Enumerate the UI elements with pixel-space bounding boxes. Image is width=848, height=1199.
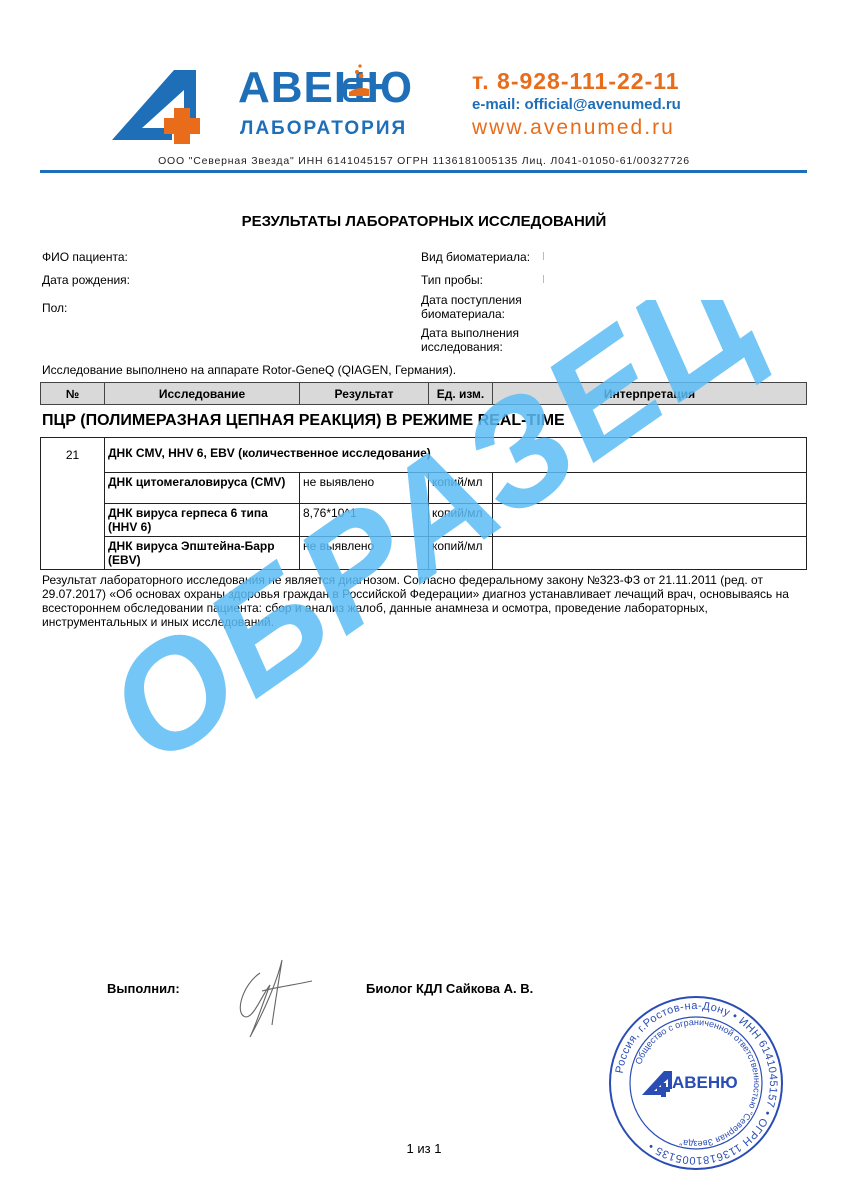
results-table-header: № Исследование Результат Ед. изм. Интерп… [40, 382, 807, 405]
section-title: ПЦР (ПОЛИМЕРАЗНАЯ ЦЕПНАЯ РЕАКЦИЯ) В РЕЖИ… [42, 412, 565, 430]
test-result: не выявлено [300, 537, 429, 570]
signature-icon [232, 955, 322, 1040]
test-interpretation [493, 504, 807, 537]
header-result: Результат [300, 383, 429, 405]
header-number: № [41, 383, 105, 405]
document-title: РЕЗУЛЬТАТЫ ЛАБОРАТОРНЫХ ИССЛЕДОВАНИЙ [0, 213, 848, 230]
test-result: 8,76*10^1 [300, 504, 429, 537]
lab-logo: АВЕНЮ ЛАБОРАТОРИЯ [112, 62, 452, 148]
test-interpretation [493, 473, 807, 504]
field-marker [543, 275, 544, 283]
test-unit: копий/мл [429, 504, 493, 537]
header-test: Исследование [105, 383, 300, 405]
stamp-center-text: АВЕНЮ [672, 1073, 738, 1092]
table-row: ДНК вируса Эпштейна-Барр (EBV) не выявле… [41, 537, 807, 570]
execution-date-label: Дата выполнения исследования: [421, 326, 536, 354]
test-name: ДНК вируса герпеса 6 типа (HHV 6) [105, 504, 300, 537]
contacts-block: т. 8-928-111-22-11 e-mail: official@aven… [472, 68, 752, 141]
test-name: ДНК вируса Эпштейна-Барр (EBV) [105, 537, 300, 570]
page-number: 1 из 1 [0, 1141, 848, 1156]
test-name: ДНК цитомегаловируса (CMV) [105, 473, 300, 504]
patient-name-label: ФИО пациента: [42, 250, 128, 264]
logo-wordmark: АВЕНЮ [238, 66, 413, 110]
company-requisites: ООО "Северная Звезда" ИНН 6141045157 ОГР… [0, 155, 848, 167]
test-result: не выявлено [300, 473, 429, 504]
receipt-date-label: Дата поступления биоматериала: [421, 293, 536, 321]
sex-label: Пол: [42, 301, 67, 315]
email-address: e-mail: official@avenumed.ru [472, 95, 752, 115]
table-row: ДНК вируса герпеса 6 типа (HHV 6) 8,76*1… [41, 504, 807, 537]
header-interpretation: Интерпретация [493, 383, 807, 405]
field-marker [543, 252, 544, 260]
biomaterial-type-label: Вид биоматериала: [421, 250, 530, 264]
flask-icon [337, 62, 377, 102]
group-title: ДНК CMV, HHV 6, EBV (количественное иссл… [105, 438, 807, 473]
group-number: 21 [41, 438, 105, 570]
header-unit: Ед. изм. [429, 383, 493, 405]
test-unit: копий/мл [429, 473, 493, 504]
results-table: 21 ДНК CMV, HHV 6, EBV (количественное и… [40, 437, 807, 570]
table-row: ДНК цитомегаловируса (CMV) не выявлено к… [41, 473, 807, 504]
birth-date-label: Дата рождения: [42, 273, 130, 287]
test-interpretation [493, 537, 807, 570]
performer-name: Биолог КДЛ Сайкова А. В. [366, 981, 533, 996]
logo-subtitle: ЛАБОРАТОРИЯ [240, 118, 407, 140]
performed-by-label: Выполнил: [107, 981, 180, 996]
website-url: www.avenumed.ru [472, 115, 752, 141]
phone-number: т. 8-928-111-22-11 [472, 68, 752, 94]
sample-type-label: Тип пробы: [421, 273, 483, 287]
disclaimer-text: Результат лабораторного исследования не … [42, 573, 802, 629]
test-unit: копий/мл [429, 537, 493, 570]
device-note: Исследование выполнено на аппарате Rotor… [42, 363, 456, 377]
logo-a-plus-icon [112, 62, 242, 148]
header-divider [40, 170, 807, 173]
